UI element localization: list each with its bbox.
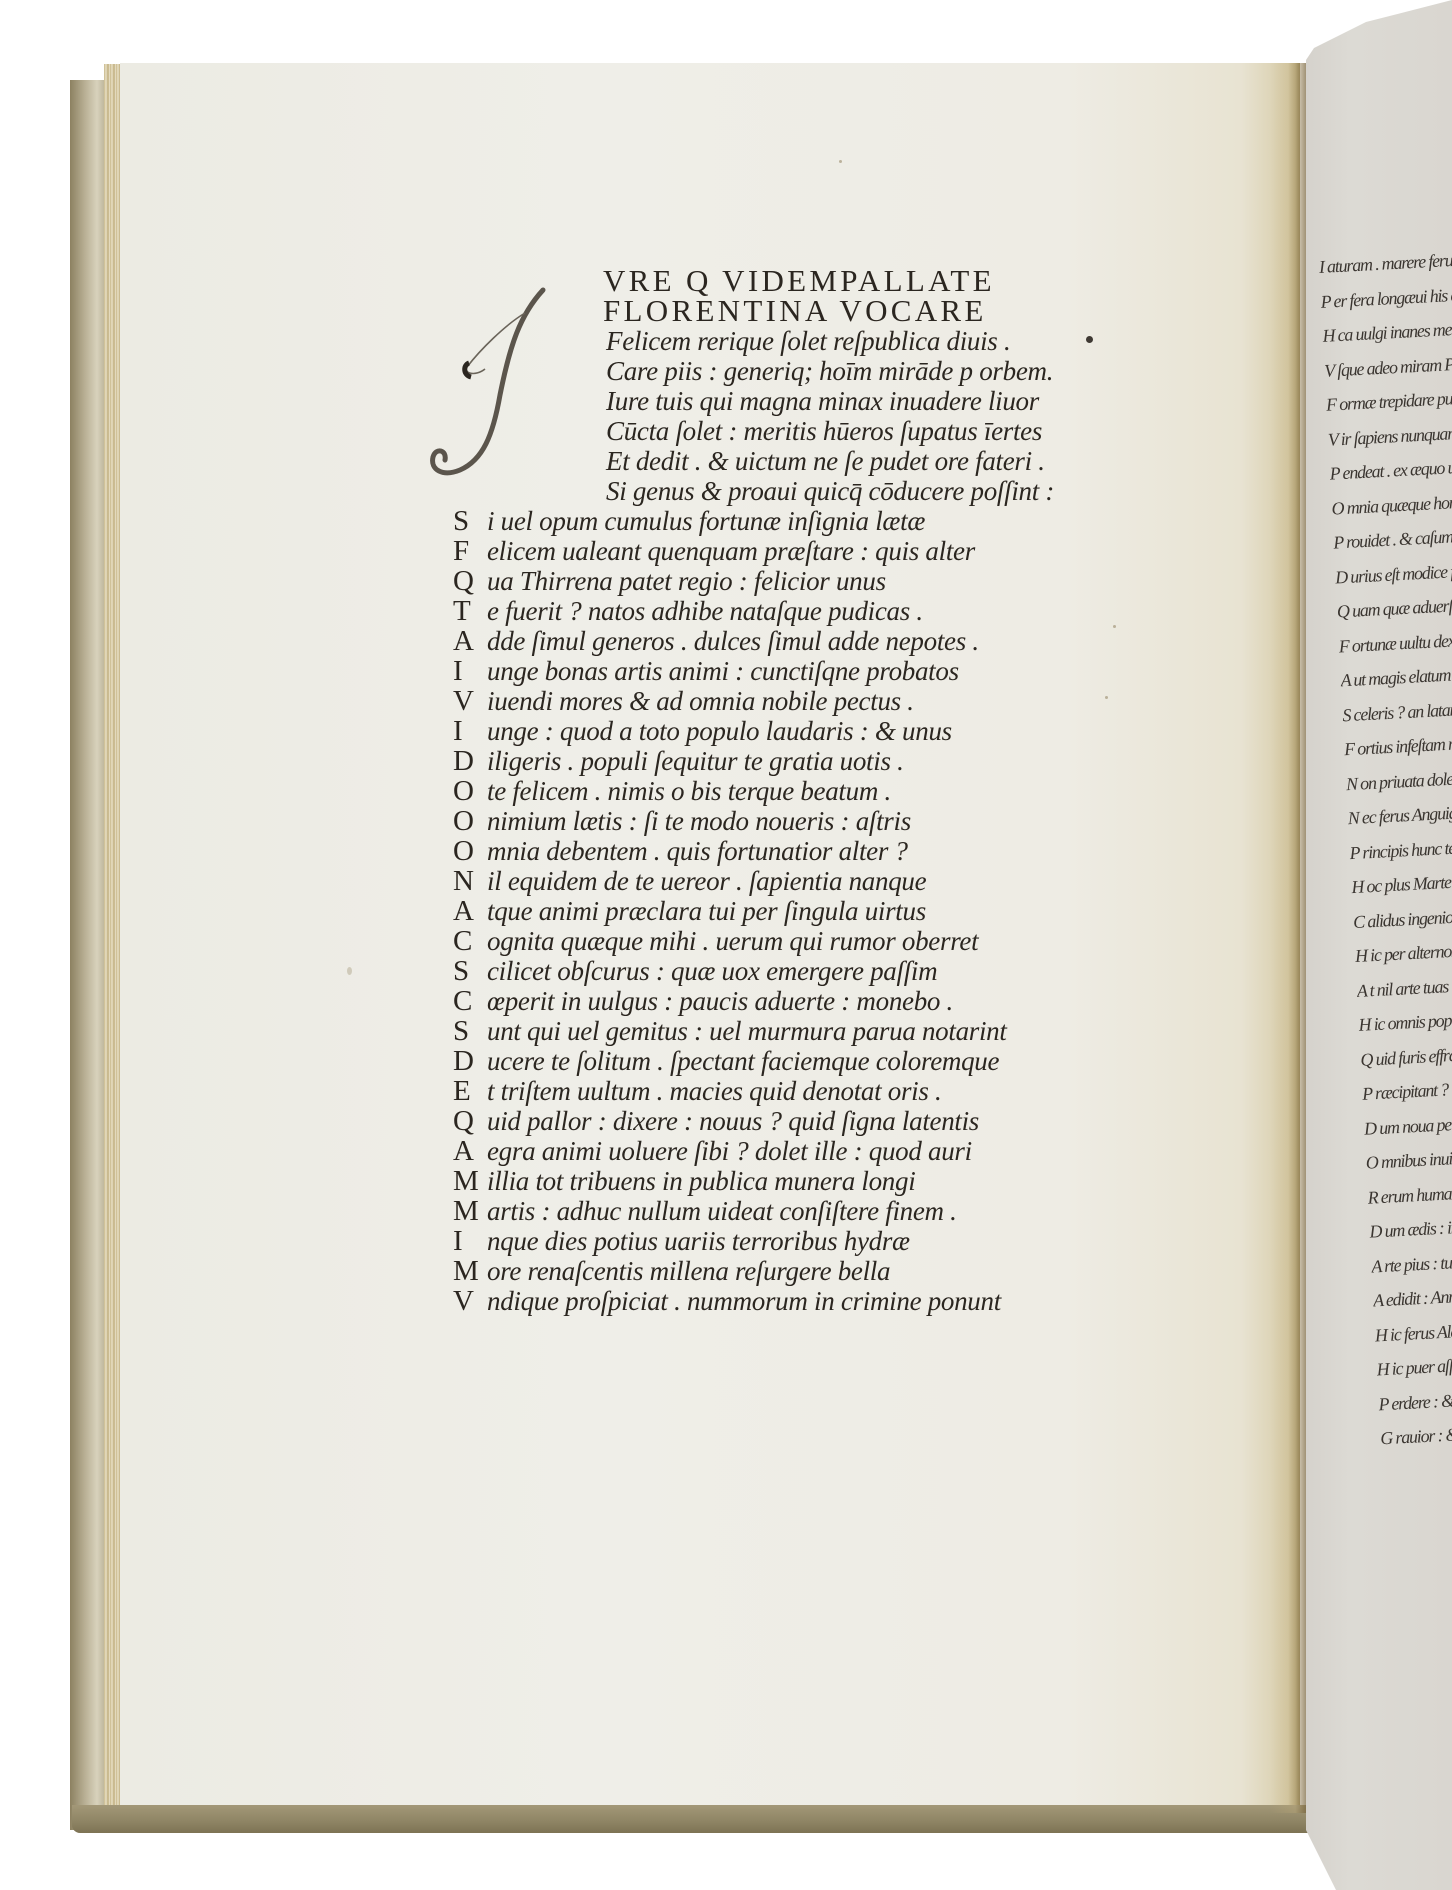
acrostic-initial: M xyxy=(453,1196,487,1226)
acrostic-line: Diligeris . populi ſequitur te gratia uo… xyxy=(453,746,1143,776)
right-page-line: N ec ferus Anguigeri . licet is ſit in a… xyxy=(1347,794,1452,835)
acrostic-initial: C xyxy=(453,986,487,1016)
acrostic-line: Felicem ualeant quenquam præſtare : quis… xyxy=(453,536,1143,566)
acrostic-line: Iunge bonas artis animi : cunctiſqne pro… xyxy=(453,656,1143,686)
right-page-line: O mnibus inuiſus tandem Mauors xyxy=(1365,1139,1452,1180)
acrostic-text: te felicem . nimis o bis terque beatum . xyxy=(487,776,891,806)
acrostic-line: Ducere te ſolitum . ſpectant faciemque c… xyxy=(453,1046,1143,1076)
acrostic-line: Cœperit in uulgus : paucis aduerte : mon… xyxy=(453,986,1143,1016)
acrostic-initial: I xyxy=(453,716,487,746)
acrostic-text: unt qui uel gemitus : uel murmura parua … xyxy=(487,1016,1007,1046)
paper-speck xyxy=(839,160,842,163)
acrostic-text: i uel opum cumulus fortunæ inſignia lætæ xyxy=(487,506,925,536)
right-page-line: G rauior : & toto paſſim memorandus xyxy=(1379,1414,1452,1455)
acrostic-line: Onimium lætis : ſi te modo noueris : aſt… xyxy=(453,806,1143,836)
acrostic-initial: Q xyxy=(453,566,487,596)
acrostic-initial: O xyxy=(453,806,487,836)
acrostic-text: unge bonas artis animi : cunctiſqne prob… xyxy=(487,656,959,686)
verse-line: Cūcta ſolet : meritis hūeros ſupatus īer… xyxy=(606,416,1143,446)
acrostic-line: Aegra animi uoluere ſibi ? dolet ille : … xyxy=(453,1136,1143,1166)
acrostic-initial: M xyxy=(453,1166,487,1196)
acrostic-text: egra animi uoluere ſibi ? dolet ille : q… xyxy=(487,1136,972,1166)
right-page-line: R erum humanarum reddes exempla xyxy=(1367,1173,1452,1214)
right-page-line: F ormæ trepidare putes plauſuſue m xyxy=(1325,381,1452,422)
acrostic-line: Martis : adhuc nullum uideat conſiſtere … xyxy=(453,1196,1143,1226)
acrostic-text: illia tot tribuens in publica munera lon… xyxy=(487,1166,915,1196)
acrostic-initial: I xyxy=(453,1226,487,1256)
acrostic-line: Et triſtem uultum . macies quid denotat … xyxy=(453,1076,1143,1106)
acrostic-line: More renaſcentis millena reſurgere bella xyxy=(453,1256,1143,1286)
acrostic-line: Sunt qui uel gemitus : uel murmura parua… xyxy=(453,1016,1143,1046)
acrostic-text: nimium lætis : ſi te modo noueris : aſtr… xyxy=(487,806,911,836)
right-page-line: Q uam quæ aduerſa fuit . ſed quis P xyxy=(1336,588,1452,629)
acrostic-initial: F xyxy=(453,536,487,566)
acrostic-text: ndique proſpiciat . nummorum in crimine … xyxy=(487,1286,1001,1316)
acrostic-text: ore renaſcentis millena reſurgere bella xyxy=(487,1256,890,1286)
acrostic-text: artis : adhuc nullum uideat conſiſtere f… xyxy=(487,1196,957,1226)
acrostic-text: dde ſimul generos . dulces ſimul adde ne… xyxy=(487,626,979,656)
acrostic-initial: A xyxy=(453,896,487,926)
verse-line: Iure tuis qui magna minax inuadere liuor xyxy=(606,386,1143,416)
acrostic-initial: Q xyxy=(453,1106,487,1136)
right-page-line: P ræcipitant ? dum bella cupis ſtudi xyxy=(1361,1070,1452,1111)
acrostic-line: Cognita quæque mihi . uerum qui rumor ob… xyxy=(453,926,1143,956)
verse-line: Et dedit . & uictum ne ſe pudet ore fate… xyxy=(606,446,1143,476)
right-page-line: F ortunæ uultu dextroſque aſſenſibus xyxy=(1338,622,1452,663)
acrostic-text: t triſtem uultum . macies quid denotat o… xyxy=(487,1076,941,1106)
right-page-line: F ortius infeſtam nequeat tolerare g xyxy=(1343,725,1452,766)
paper-speck xyxy=(347,967,352,975)
right-page-line: H ic per alternos urbem turbinis a xyxy=(1354,932,1452,973)
right-page-line: P rincipis hunc terror quicquam mouet xyxy=(1349,829,1452,870)
acrostic-initial: V xyxy=(453,1286,487,1316)
right-page-line: H ic omnis populus . cunctis mentem xyxy=(1358,1001,1452,1042)
acrostic-text: iuendi mores & ad omnia nobile pectus . xyxy=(487,686,914,716)
right-page-line: A t nil arte tuas . nam te concordi xyxy=(1356,966,1452,1007)
acrostic-line: Inque dies potius uariis terroribus hydr… xyxy=(453,1226,1143,1256)
acrostic-text: unge : quod a toto populo laudaris : & u… xyxy=(487,716,952,746)
poem-text-block: VRE Q VIDEMPALLATE FLORENTINA VOCARE Fel… xyxy=(453,266,1143,1316)
acrostic-initial: D xyxy=(453,746,487,776)
right-page-line: H ic puer aſſuetus duros compreſſibus xyxy=(1376,1345,1452,1386)
right-page-line: N on priuata dolet ſed publica uulnera xyxy=(1345,760,1452,801)
acrostic-text: ognita quæque mihi . uerum qui rumor obe… xyxy=(487,926,978,956)
acrostic-text: nque dies potius uariis terroribus hydræ xyxy=(487,1226,910,1256)
right-page-line: D urius eſt modice fortem perferre xyxy=(1334,553,1452,594)
acrostic-text: tque animi præclara tui per ſingula uirt… xyxy=(487,896,926,926)
heading-line: FLORENTINA VOCARE xyxy=(603,296,1143,326)
gutter-shadow xyxy=(1270,63,1306,1813)
acrostic-initial: I xyxy=(453,656,487,686)
right-page-line: P endeat . ex æquo uariantem cernat u xyxy=(1329,450,1452,491)
acrostic-line: Adde ſimul generos . dulces ſimul adde n… xyxy=(453,626,1143,656)
acrostic-initial: A xyxy=(453,626,487,656)
acrostic-text: cilicet obſcurus : quæ uox emergere paſſ… xyxy=(487,956,937,986)
acrostic-line: Atque animi præclara tui per ſingula uir… xyxy=(453,896,1143,926)
acrostic-line: Si uel opum cumulus fortunæ inſignia læt… xyxy=(453,506,1143,536)
acrostic-line: Omnia debentem . quis fortunatior alter … xyxy=(453,836,1143,866)
acrostic-initial: N xyxy=(453,866,487,896)
right-page-line: A rte pius : tua magna parens quem xyxy=(1370,1242,1452,1283)
acrostic-line: Ote felicem . nimis o bis terque beatum … xyxy=(453,776,1143,806)
acrostic-line: Millia tot tribuens in publica munera lo… xyxy=(453,1166,1143,1196)
verse-line: Si genus & proaui quicq̄ cōducere poſſin… xyxy=(606,476,1143,506)
acrostic-text: elicem ualeant quenquam præſtare : quis … xyxy=(487,536,975,566)
acrostic-initial: T xyxy=(453,596,487,626)
acrostic-text: ua Thirrena patet regio : felicior unus xyxy=(487,566,886,596)
heading-line: VRE Q VIDEMPALLATE xyxy=(603,266,1143,296)
acrostic-initial: D xyxy=(453,1046,487,1076)
right-page-line: Q uid furis effrænis ? quo te tua fata xyxy=(1360,1035,1452,1076)
acrostic-initial: O xyxy=(453,776,487,806)
acrostic-line: Vndique proſpiciat . nummorum in crimine… xyxy=(453,1286,1143,1316)
right-page-line: P erdere : & horrendos clara ſupera xyxy=(1378,1380,1452,1421)
acrostic-line: Viuendi mores & ad omnia nobile pectus . xyxy=(453,686,1143,716)
right-page-line: A edidit : Annus . ſed ne te cepeiit e xyxy=(1372,1277,1452,1318)
acrostic-text: mnia debentem . quis fortunatior alter ? xyxy=(487,836,908,866)
acrostic-text: il equidem de te uereor . ſapientia nanq… xyxy=(487,866,926,896)
acrostic-line: Te fuerit ? natos adhibe nataſque pudica… xyxy=(453,596,1143,626)
right-page-line: H oc plus Marte uales : quod in impia xyxy=(1351,863,1452,904)
acrostic-initial: O xyxy=(453,836,487,866)
acrostic-initial: E xyxy=(453,1076,487,1106)
verse-line: Felicem rerique ſolet reſpublica diuis . xyxy=(606,326,1143,356)
right-page-line: D um noua per Latias uaſtas meridi xyxy=(1363,1104,1452,1145)
acrostic-initial: S xyxy=(453,1016,487,1046)
right-page-line: H ic ferus Aldes Auguſta præſide xyxy=(1374,1311,1452,1352)
acrostic-line: Iunge : quod a toto populo laudaris : & … xyxy=(453,716,1143,746)
acrostic-text: iligeris . populi ſequitur te gratia uot… xyxy=(487,746,904,776)
acrostic-initial: S xyxy=(453,506,487,536)
acrostic-text: ucere te ſolitum . ſpectant faciemque co… xyxy=(487,1046,999,1076)
verse-line: Care piis : generiq; hoīm mirāde p orbem… xyxy=(606,356,1143,386)
acrostic-text: e fuerit ? natos adhibe nataſque pudicas… xyxy=(487,596,923,626)
book-cover-bottom xyxy=(72,1805,1312,1833)
acrostic-text: uid pallor : dixere : nouus ? quid ſigna… xyxy=(487,1106,979,1136)
acrostic-line: Qua Thirrena patet regio : felicior unus xyxy=(453,566,1143,596)
acrostic-initial: A xyxy=(453,1136,487,1166)
right-page-line: P rouidet . & caſum ſe fortem muni xyxy=(1332,519,1452,560)
right-page-line: S celeris ? an latam modice qui peru xyxy=(1341,691,1452,732)
acrostic-initial: M xyxy=(453,1256,487,1286)
book-spread: VRE Q VIDEMPALLATE FLORENTINA VOCARE Fel… xyxy=(0,0,1452,1890)
right-page-line: D um ædis : inſurgis : uireſque relum xyxy=(1369,1208,1452,1249)
right-page-line: C alidus ingenio potuiſti immittere o xyxy=(1352,898,1452,939)
acrostic-line: Nil equidem de te uereor . ſapientia nan… xyxy=(453,866,1143,896)
acrostic-line: Quid pallor : dixere : nouus ? quid ſign… xyxy=(453,1106,1143,1136)
acrostic-line: Scilicet obſcurus : quæ uox emergere paſ… xyxy=(453,956,1143,986)
acrostic-initial: V xyxy=(453,686,487,716)
acrostic-initial: C xyxy=(453,926,487,956)
acrostic-initial: S xyxy=(453,956,487,986)
right-page-line: A ut magis elatum : uel ſe minus æqu xyxy=(1340,656,1452,697)
acrostic-text: œperit in uulgus : paucis aduerte : mone… xyxy=(487,986,953,1016)
